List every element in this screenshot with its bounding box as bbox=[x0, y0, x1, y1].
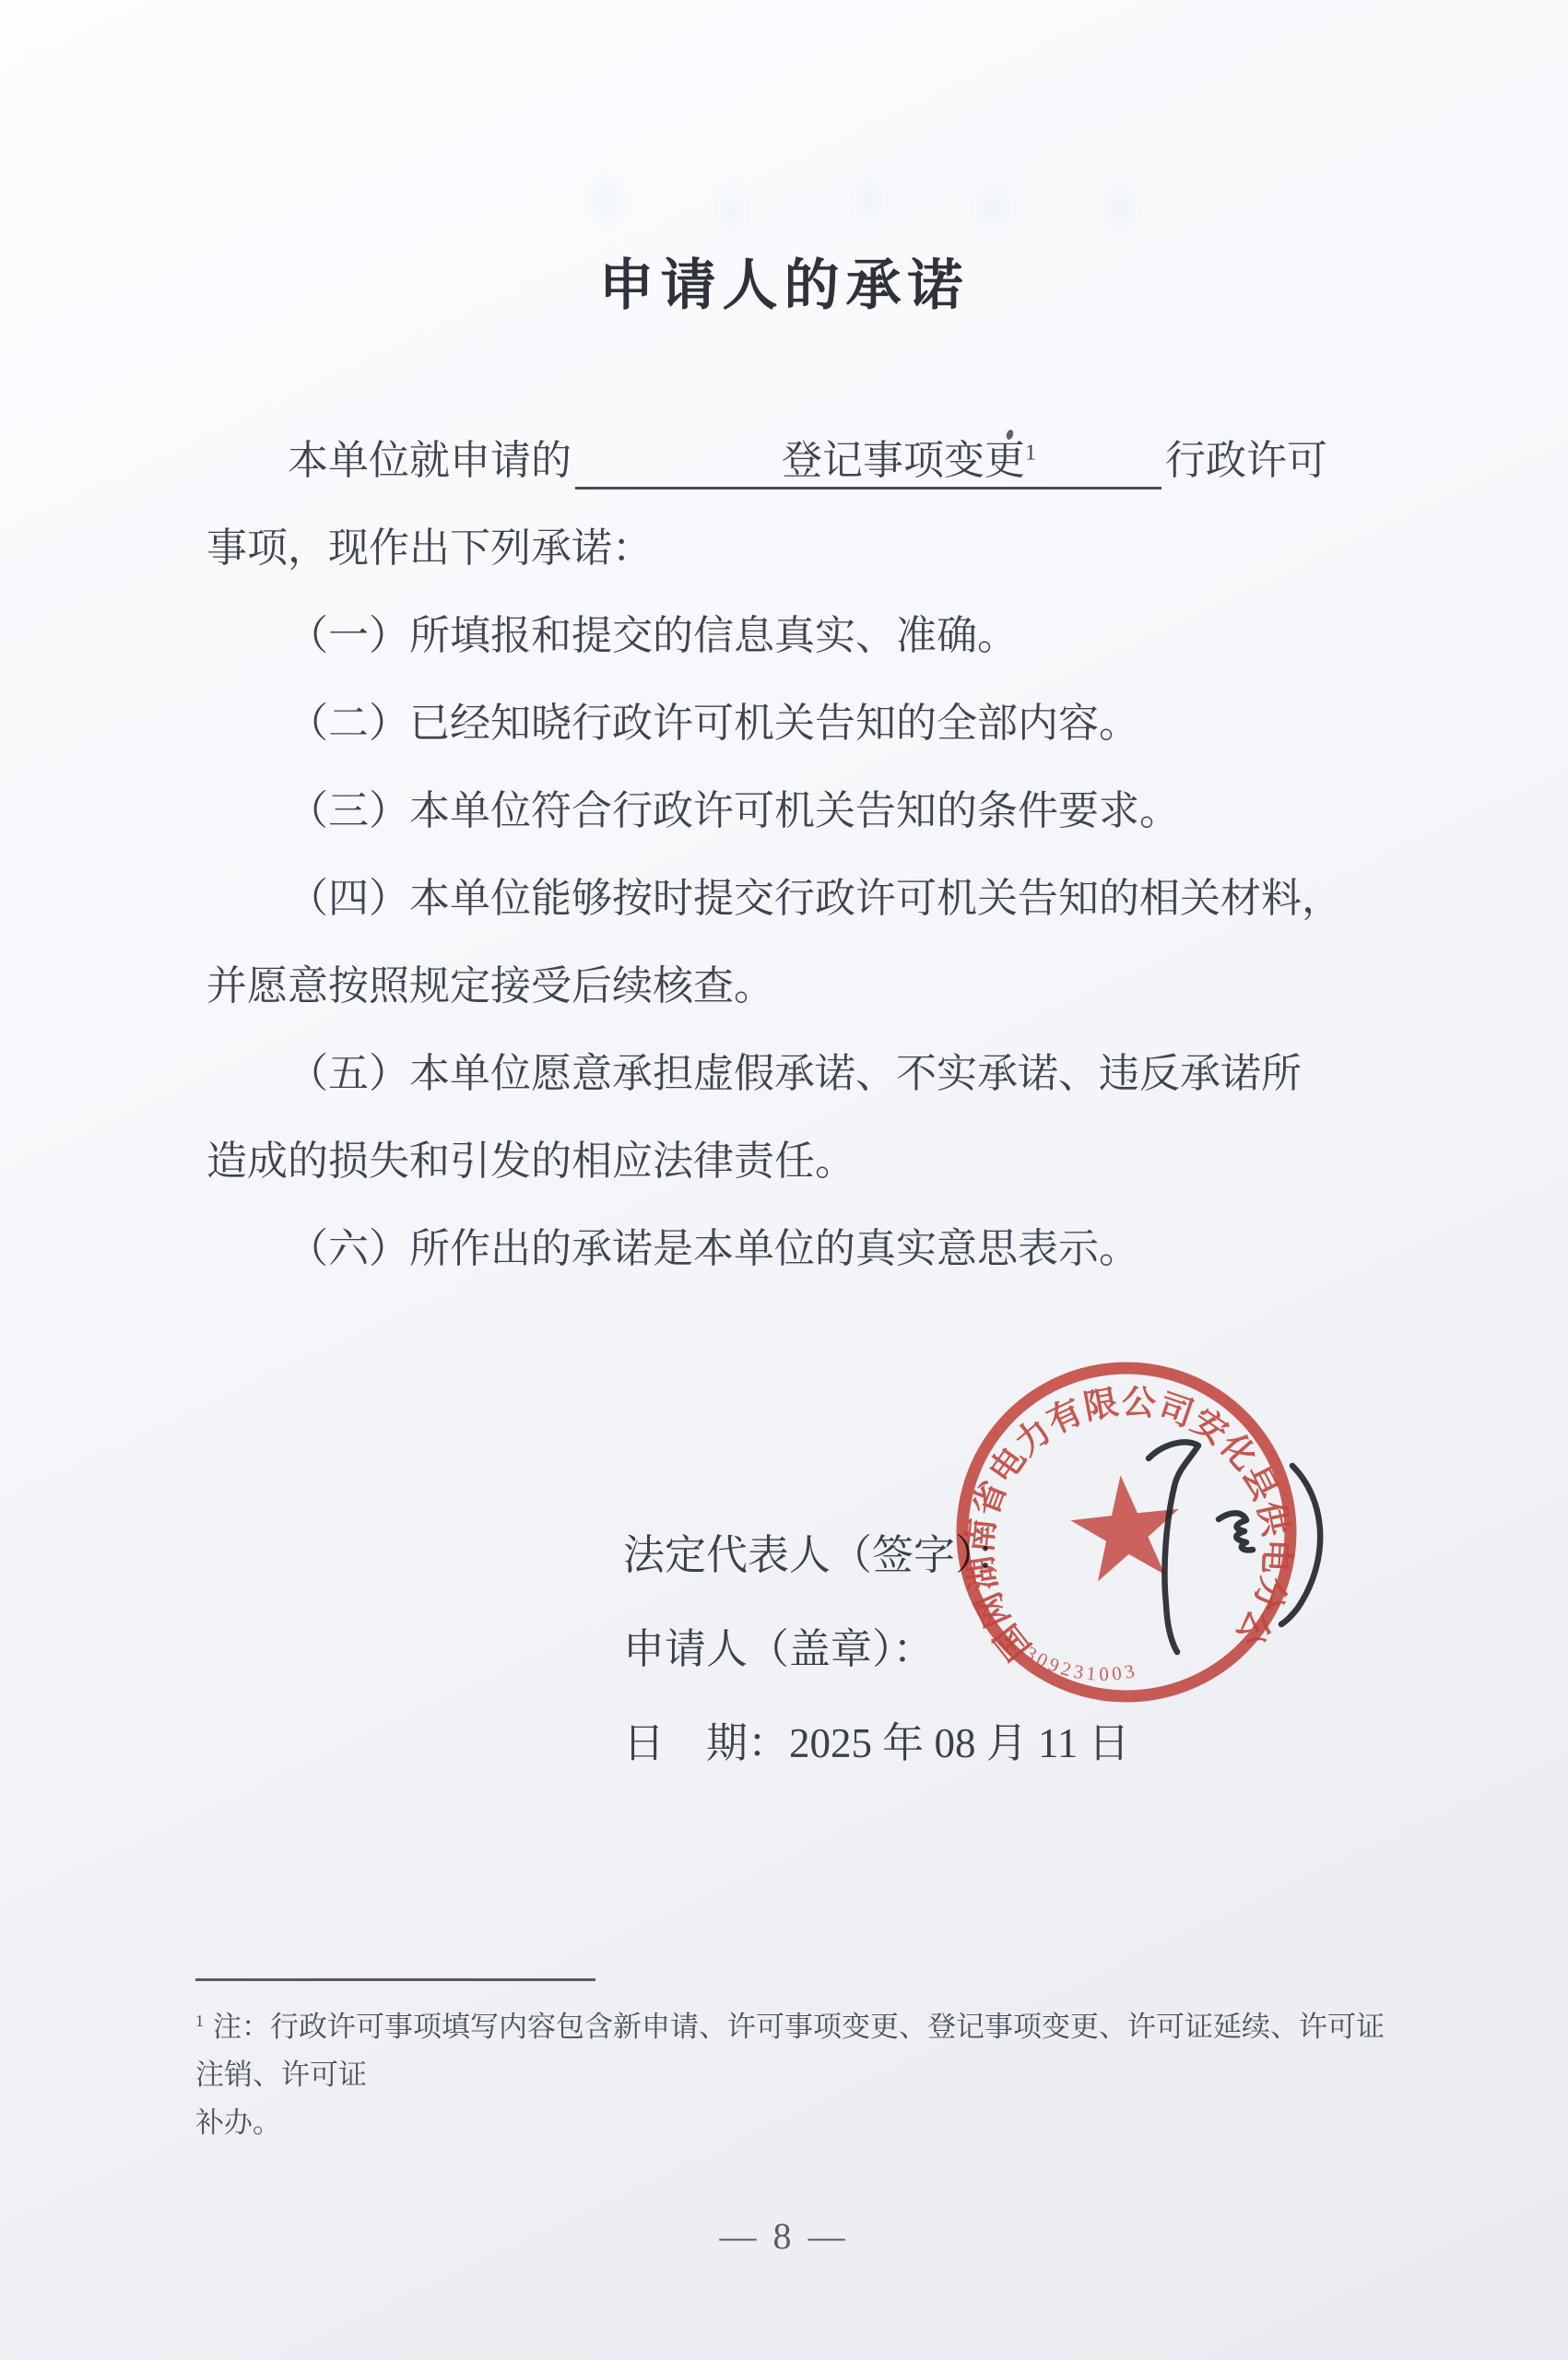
date-label: 日 期： bbox=[623, 1720, 789, 1766]
footnote-ref: 1 bbox=[195, 2012, 204, 2030]
commitment-line: （四）本单位能够按时提交行政许可机关告知的相关材料， bbox=[206, 855, 1386, 942]
footnote: 1注：行政许可事项填写内容包含新申请、许可事项变更、登记事项变更、许可证延续、许… bbox=[195, 1978, 1385, 2147]
handwritten-signature bbox=[1060, 1381, 1373, 1676]
commitment-line: （二）已经知晓行政许可机关告知的全部内容。 bbox=[206, 679, 1386, 767]
footnote-line-2: 补办。 bbox=[195, 2099, 1385, 2147]
blank-value: 登记事项变更 bbox=[782, 438, 1025, 483]
intro-line-2: 事项，现作出下列承诺： bbox=[206, 504, 1386, 592]
document-body: 本单位就申请的登记事项变更1行政许可 事项，现作出下列承诺： （一）所填报和提交… bbox=[206, 417, 1386, 1292]
footnote-divider bbox=[195, 1978, 595, 1981]
intro-suffix: 行政许可 bbox=[1165, 438, 1327, 483]
footnote-text-1: 注：行政许可事项填写内容包含新申请、许可事项变更、登记事项变更、许可证延续、许可… bbox=[195, 2011, 1385, 2091]
commitment-line: （五）本单位愿意承担虚假承诺、不实承诺、违反承诺所 bbox=[206, 1030, 1386, 1117]
commitment-line-wrap: 并愿意按照规定接受后续核查。 bbox=[206, 942, 1386, 1030]
footnote-ref-marker: 1 bbox=[1025, 441, 1036, 465]
scanned-document-page: 申请人的承诺 本单位就申请的登记事项变更1行政许可 事项，现作出下列承诺： （一… bbox=[0, 0, 1568, 2360]
commitment-line: （一）所填报和提交的信息真实、准确。 bbox=[206, 592, 1386, 679]
commitment-line-wrap: 造成的损失和引发的相应法律责任。 bbox=[206, 1117, 1386, 1205]
page-number: — 8 — bbox=[0, 2214, 1568, 2258]
commitment-line: （六）所作出的承诺是本单位的真实意思表示。 bbox=[206, 1205, 1386, 1292]
commitment-line: （三）本单位符合行政许可机关告知的条件要求。 bbox=[206, 767, 1386, 855]
intro-prefix: 本单位就申请的 bbox=[288, 438, 572, 483]
intro-line-1: 本单位就申请的登记事项变更1行政许可 bbox=[206, 417, 1386, 504]
document-title: 申请人的承诺 bbox=[0, 242, 1568, 321]
footnote-line-1: 1注：行政许可事项填写内容包含新申请、许可事项变更、登记事项变更、许可证延续、许… bbox=[195, 2003, 1385, 2099]
blank-underline: 登记事项变更1 bbox=[575, 438, 1161, 490]
page-bleed-through bbox=[544, 129, 1171, 258]
